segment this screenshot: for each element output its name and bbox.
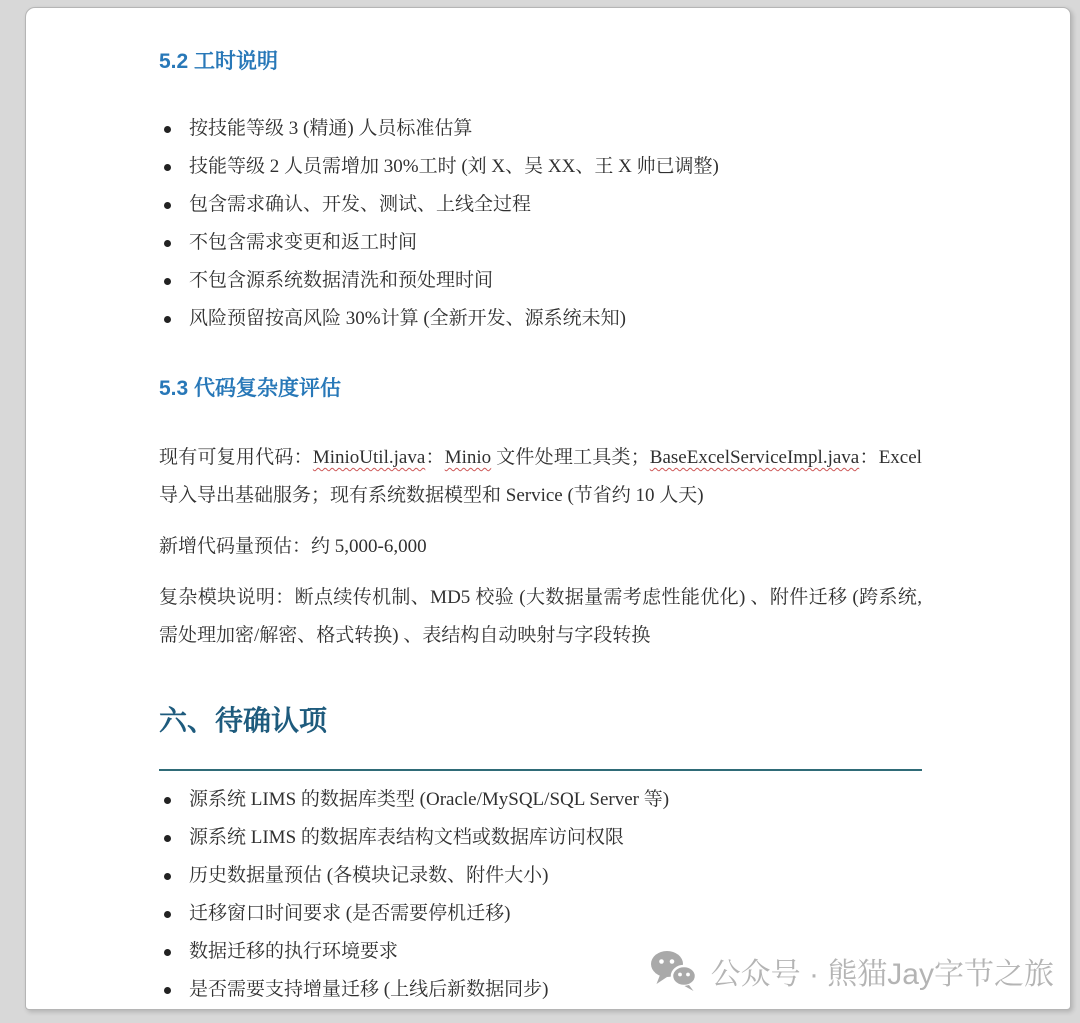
bullet-icon — [164, 797, 171, 804]
watermark-text: 公众号 · 熊猫Jay字节之旅 — [711, 949, 1054, 993]
bullet-icon — [164, 873, 171, 880]
list-item-text: 包含需求确认、开发、测试、上线全过程 — [189, 194, 531, 215]
list-item: 不包含需求变更和返工时间 — [159, 224, 922, 262]
list-item: 包含需求确认、开发、测试、上线全过程 — [159, 186, 922, 224]
wechat-icon — [650, 950, 698, 992]
new-code-estimate-paragraph: 新增代码量预估：约 5,000-6,000 — [159, 528, 922, 566]
list-item-text: 是否需要支持增量迁移 (上线后新数据同步) — [189, 979, 548, 1000]
bullet-icon — [164, 164, 171, 171]
bullet-icon — [164, 949, 171, 956]
bullet-icon — [164, 911, 171, 918]
complex-modules-paragraph: 复杂模块说明：断点续传机制、MD5 校验 (大数据量需考虑性能优化) 、附件迁移… — [159, 579, 922, 655]
list-item-text: 历史数据量预估 (各模块记录数、附件大小) — [189, 865, 548, 886]
bullet-icon — [164, 126, 171, 133]
section-divider — [159, 769, 922, 771]
reusable-code-paragraph: 现有可复用代码：MinioUtil.java：Minio 文件处理工具类；Bas… — [159, 439, 922, 515]
screenshot-root: { "colors": { "background": "#d8d8d8", "… — [0, 0, 1080, 1023]
section-heading-complexity: 5.3 代码复杂度评估 — [159, 376, 922, 402]
bullet-icon — [164, 202, 171, 209]
misspelled-word: BaseExcelServiceImpl.java — [650, 447, 859, 468]
list-item-text: 数据迁移的执行环境要求 — [189, 941, 398, 962]
section-heading-confirm: 六、待确认项 — [159, 701, 922, 741]
bullet-icon — [164, 316, 171, 323]
list-item: 迁移窗口时间要求 (是否需要停机迁移) — [159, 895, 922, 933]
bullet-icon — [164, 835, 171, 842]
bullet-icon — [164, 240, 171, 247]
list-item-text: 源系统 LIMS 的数据库表结构文档或数据库访问权限 — [189, 827, 624, 848]
section-heading-worktime: 5.2 工时说明 — [159, 49, 922, 75]
list-item: 历史数据量预估 (各模块记录数、附件大小) — [159, 857, 922, 895]
misspelled-word: MinioUtil.java — [313, 447, 425, 468]
bullet-icon — [164, 278, 171, 285]
watermark: 公众号 · 熊猫Jay字节之旅 — [640, 945, 1064, 997]
document-page: 5.2 工时说明 按技能等级 3 (精通) 人员标准估算 技能等级 2 人员需增… — [25, 7, 1071, 1010]
list-item-text: 风险预留按高风险 30%计算 (全新开发、源系统未知) — [189, 308, 626, 329]
list-item-text: 迁移窗口时间要求 (是否需要停机迁移) — [189, 903, 510, 924]
list-item-text: 技能等级 2 人员需增加 30%工时 (刘 X、吴 XX、王 X 帅已调整) — [189, 156, 719, 177]
list-item-text: 按技能等级 3 (精通) 人员标准估算 — [189, 118, 472, 139]
list-item: 按技能等级 3 (精通) 人员标准估算 — [159, 110, 922, 148]
list-item: 不包含源系统数据清洗和预处理时间 — [159, 262, 922, 300]
list-item-text: 不包含源系统数据清洗和预处理时间 — [189, 270, 493, 291]
list-item: 技能等级 2 人员需增加 30%工时 (刘 X、吴 XX、王 X 帅已调整) — [159, 148, 922, 186]
list-item: 风险预留按高风险 30%计算 (全新开发、源系统未知) — [159, 300, 922, 338]
paragraph-text: 现有可复用代码： — [159, 447, 313, 468]
worktime-bullet-list: 按技能等级 3 (精通) 人员标准估算 技能等级 2 人员需增加 30%工时 (… — [159, 110, 922, 338]
paragraph-text: 文件处理工具类； — [491, 447, 650, 468]
list-item: 源系统 LIMS 的数据库表结构文档或数据库访问权限 — [159, 819, 922, 857]
misspelled-word: Minio — [445, 447, 491, 468]
list-item: 源系统 LIMS 的数据库类型 (Oracle/MySQL/SQL Server… — [159, 781, 922, 819]
list-item-text: 源系统 LIMS 的数据库类型 (Oracle/MySQL/SQL Server… — [189, 789, 669, 810]
bullet-icon — [164, 987, 171, 994]
list-item-text: 不包含需求变更和返工时间 — [189, 232, 417, 253]
paragraph-text: ： — [425, 447, 444, 468]
